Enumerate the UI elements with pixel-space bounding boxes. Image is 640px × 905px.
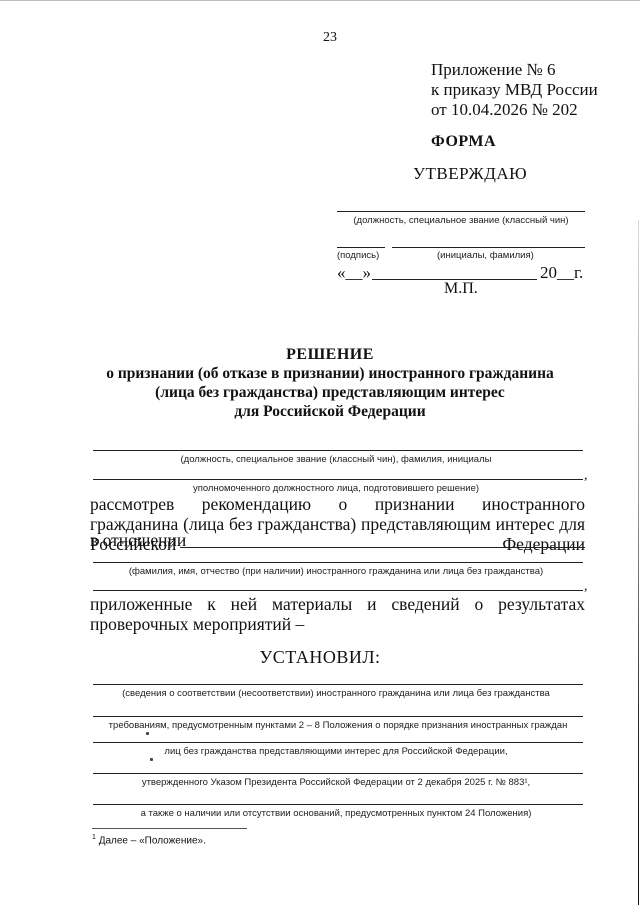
findings-field-5[interactable]: [93, 804, 583, 805]
comma: ,: [584, 579, 588, 595]
footnote-text: Далее – «Положение».: [99, 835, 206, 846]
person-caption: (фамилия, имя, отчество (при наличии) ин…: [129, 566, 543, 577]
in-relation-label: в отношении: [90, 530, 186, 550]
body-paragraph-2: приложенные к ней материалы и сведений о…: [90, 594, 585, 634]
officer-caption-2: уполномоченного должностного лица, подго…: [193, 483, 479, 494]
date-day-field[interactable]: «__»: [337, 263, 371, 283]
approver-name-field[interactable]: [392, 247, 585, 248]
title-line-3: для Российской Федерации: [60, 402, 600, 421]
findings-field-3[interactable]: [93, 742, 583, 743]
scan-speck: [150, 758, 153, 761]
form-label: ФОРМА: [431, 133, 496, 151]
title-line-2: (лица без гражданства) представляющим ин…: [60, 383, 600, 402]
appendix-line-3: от 10.04.2026 № 202: [431, 100, 598, 120]
date-year-field[interactable]: 20__г.: [540, 263, 583, 283]
comma: ,: [584, 468, 588, 484]
footnote-separator: [92, 828, 247, 829]
findings-caption-5: а также о наличии или отсутствии основан…: [141, 808, 532, 819]
approver-position-field[interactable]: [337, 211, 585, 212]
established-heading: УСТАНОВИЛ:: [0, 647, 640, 668]
approver-signature-field[interactable]: [337, 247, 385, 248]
footnote-mark: 1: [92, 834, 96, 841]
findings-caption-2: требованиям, предусмотренным пунктами 2 …: [109, 720, 568, 731]
body-text-2: приложенные к ней материалы и сведений о…: [90, 594, 585, 634]
appendix-reference: Приложение № 6 к приказу МВД России от 1…: [431, 60, 598, 120]
officer-field-2[interactable]: [93, 479, 583, 480]
page-number: 23: [323, 30, 337, 46]
name-caption: (инициалы, фамилия): [437, 250, 534, 261]
person-field-2[interactable]: [93, 562, 583, 563]
title-main: РЕШЕНИЕ: [60, 345, 600, 364]
appendix-line-2: к приказу МВД России: [431, 80, 598, 100]
document-title: РЕШЕНИЕ о признании (об отказе в признан…: [60, 345, 600, 421]
seal-placeholder: М.П.: [444, 280, 478, 298]
appendix-line-1: Приложение № 6: [431, 60, 598, 80]
approval-title: УТВЕРЖДАЮ: [413, 164, 527, 184]
findings-caption-1: (сведения о соответствии (несоответствии…: [122, 688, 550, 699]
person-field-3[interactable]: [93, 590, 583, 591]
findings-caption-4: утвержденного Указом Президента Российск…: [142, 777, 530, 788]
scan-right-edge: [638, 220, 639, 905]
findings-caption-3: лиц без гражданства представляющими инте…: [164, 746, 507, 757]
scan-speck: [146, 732, 149, 735]
scan-top-edge: [0, 0, 640, 1]
approver-position-caption: (должность, специальное звание (классный…: [353, 215, 568, 226]
findings-field-1[interactable]: [93, 684, 583, 685]
title-line-1: о признании (об отказе в признании) инос…: [60, 364, 600, 383]
officer-caption-1: (должность, специальное звание (классный…: [181, 454, 492, 465]
person-field-1[interactable]: [180, 547, 585, 548]
findings-field-2[interactable]: [93, 716, 583, 717]
footnote: 1 Далее – «Положение».: [92, 834, 206, 846]
signature-caption: (подпись): [337, 250, 379, 261]
findings-field-4[interactable]: [93, 773, 583, 774]
officer-field-1[interactable]: [93, 450, 583, 451]
